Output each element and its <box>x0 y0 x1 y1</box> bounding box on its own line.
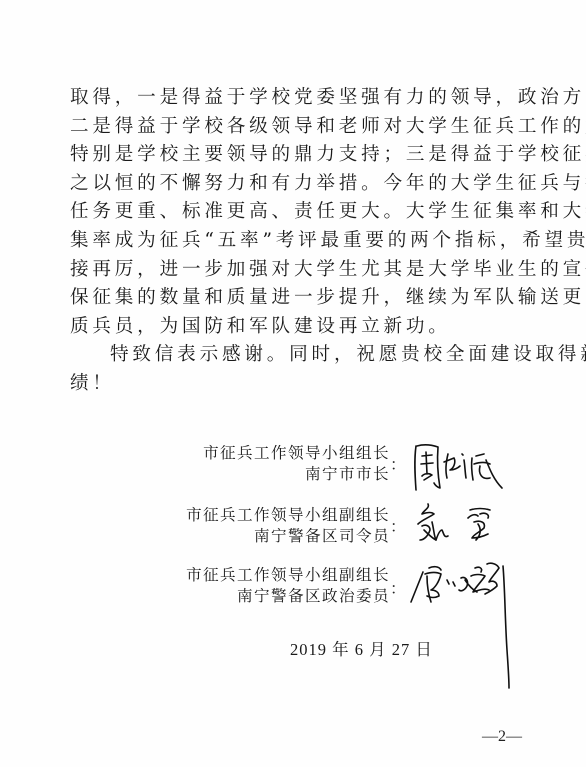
body-line: 取得，一是得益于学校党委坚强有力的领导，政治方向把得正； <box>70 84 522 113</box>
signatory-title: 市征兵工作领导小组组长 <box>150 443 390 464</box>
signatory-3-titles: 市征兵工作领导小组副组长 南宁警备区政治委员 <box>150 565 390 607</box>
signature-colon: ： <box>390 452 406 475</box>
signature-2-image <box>410 500 520 550</box>
letter-body: 取得，一是得益于学校党委坚强有力的领导，政治方向把得正； 二是得益于学校各级领导… <box>70 84 522 399</box>
document-page: 取得，一是得益于学校党委坚强有力的领导，政治方向把得正； 二是得益于学校各级领导… <box>0 0 586 767</box>
signature-colon: ： <box>390 514 406 537</box>
signature-3-image <box>405 560 525 695</box>
signatory-title: 南宁警备区司令员 <box>150 526 390 547</box>
signatory-title: 南宁警备区政治委员 <box>150 586 390 607</box>
signature-colon: ： <box>390 576 406 599</box>
body-line: 集率成为征兵“五率”考评最重要的两个指标，希望贵校能够再 <box>70 227 522 256</box>
body-line: 特别是学校主要领导的鼎力支持；三是得益于学校征兵工作站持 <box>70 141 522 170</box>
signatory-1-titles: 市征兵工作领导小组组长 南宁市市长 <box>150 443 390 485</box>
letter-date: 2019 年 6 月 27 日 <box>290 636 433 660</box>
body-line: 保征集的数量和质量进一步提升，继续为军队输送更多更好的优 <box>70 284 522 313</box>
signatory-title: 南宁市市长 <box>150 464 390 485</box>
body-line: 质兵员，为国防和军队建设再立新功。 <box>70 313 522 342</box>
signatory-2-titles: 市征兵工作领导小组副组长 南宁警备区司令员 <box>150 505 390 547</box>
signatory-title: 市征兵工作领导小组副组长 <box>150 565 390 586</box>
body-line: 接再厉，进一步加强对大学生尤其是大学毕业生的宣传教育，确 <box>70 256 522 285</box>
closing-paragraph-line: 特致信表示感谢。同时，祝愿贵校全面建设取得新的更大成 <box>70 341 522 370</box>
closing-paragraph-line: 绩！ <box>70 370 522 399</box>
body-line: 二是得益于学校各级领导和老师对大学生征兵工作的大力支持， <box>70 113 522 142</box>
signatory-title: 市征兵工作领导小组副组长 <box>150 505 390 526</box>
signature-1-image <box>410 440 520 500</box>
body-line: 任务更重、标准更高、责任更大。大学生征集率和大学毕业生征 <box>70 198 522 227</box>
page-number: —2— <box>482 728 522 746</box>
body-line: 之以恒的不懈努力和有力举措。今年的大学生征兵与往年相比， <box>70 170 522 199</box>
